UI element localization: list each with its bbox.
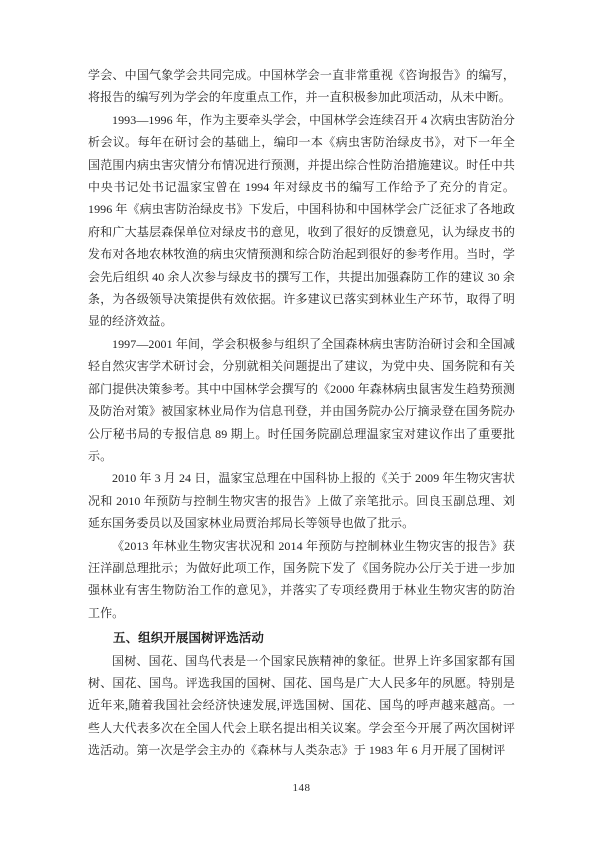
paragraph: 学会、中国气象学会共同完成。中国林学会一直非常重视《咨询报告》的编写，将报告的编… — [88, 64, 515, 109]
paragraph: 1997—2001 年间，学会积极参与组织了全国森林病虫害防治研讨会和全国减轻自… — [88, 333, 515, 467]
paragraph: 1993—1996 年，作为主要牵头学会，中国林学会连续召开 4 次病虫害防治分… — [88, 109, 515, 333]
page-content: 学会、中国气象学会共同完成。中国林学会一直非常重视《咨询报告》的编写，将报告的编… — [88, 64, 515, 762]
section-heading: 五、组织开展国树评选活动 — [88, 627, 515, 649]
paragraph: 《2013 年林业生物灾害状况和 2014 年预防与控制林业生物灾害的报告》获汪… — [88, 535, 515, 625]
page-number: 148 — [88, 782, 515, 794]
paragraph: 2010 年 3 月 24 日，温家宝总理在中国科协上报的《关于 2009 年生… — [88, 467, 515, 534]
document-page: 学会、中国气象学会共同完成。中国林学会一直非常重视《咨询报告》的编写，将报告的编… — [0, 0, 600, 848]
paragraph: 国树、国花、国鸟代表是一个国家民族精神的象征。世界上许多国家都有国树、国花、国鸟… — [88, 650, 515, 762]
